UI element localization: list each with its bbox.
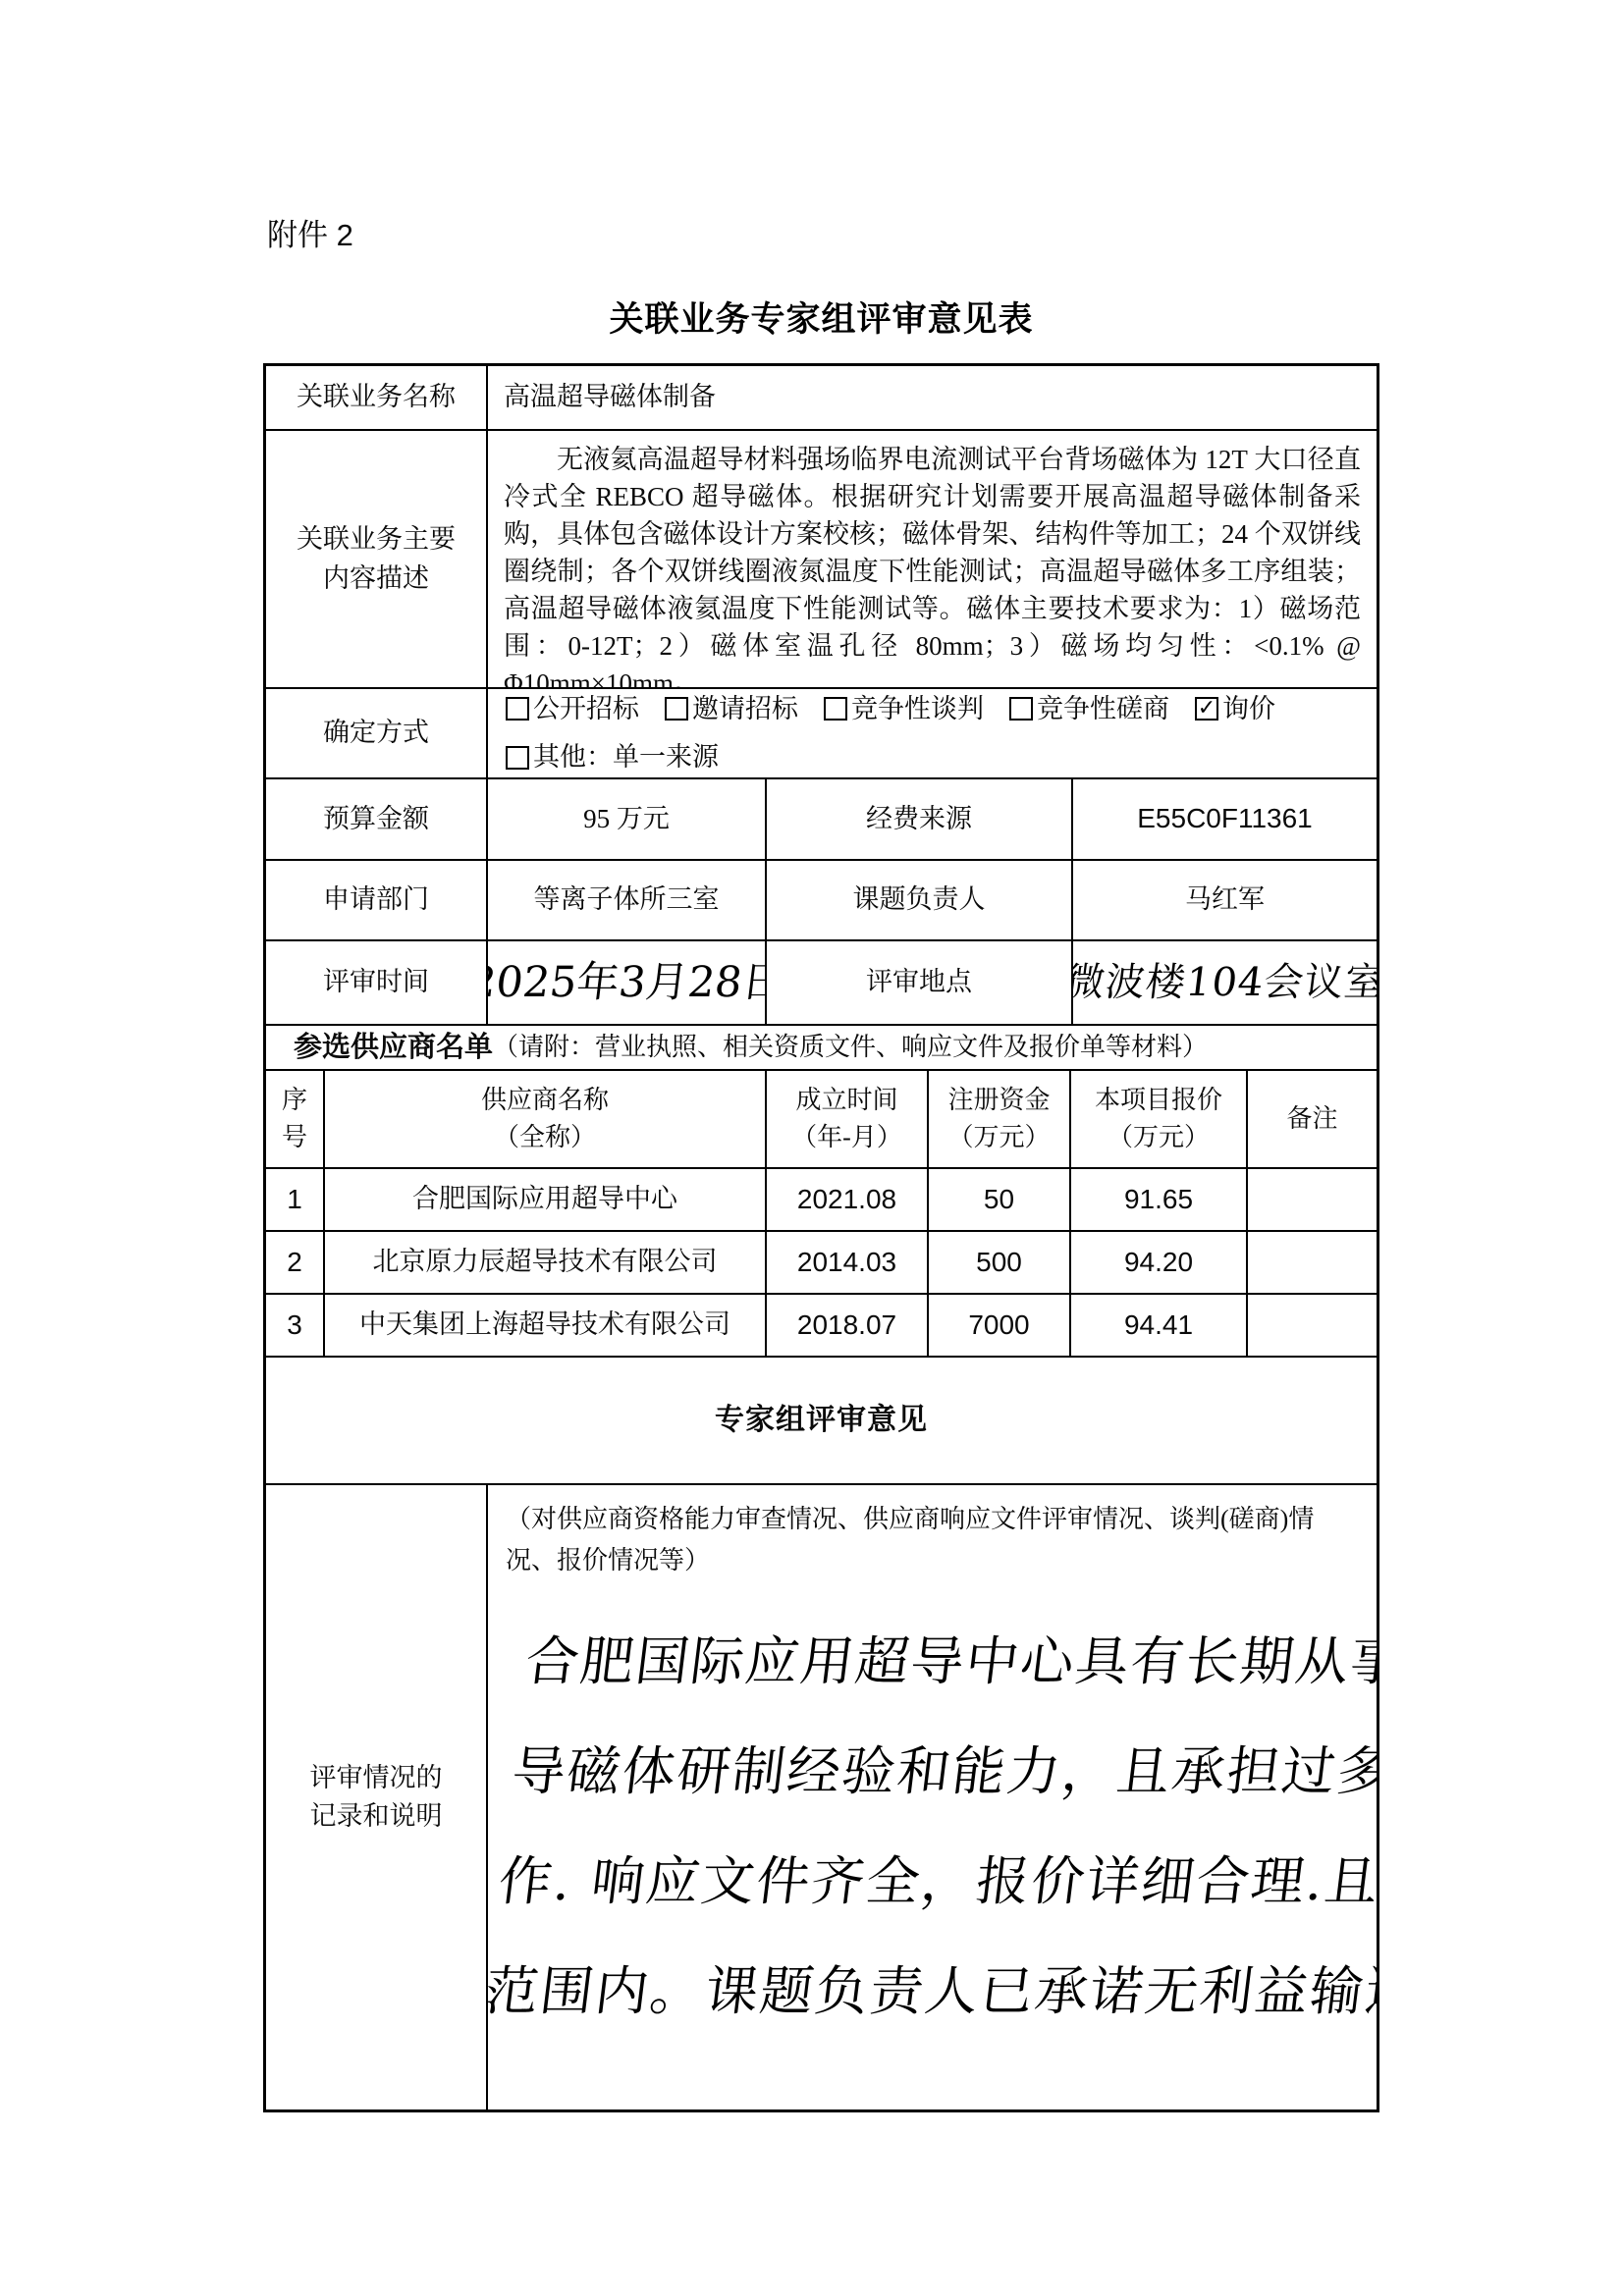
col-header-bid: 本项目报价 （万元） bbox=[1071, 1071, 1248, 1167]
method-options: 公开招标 邀请招标 竞争性谈判 竞争性磋商 bbox=[502, 689, 1369, 777]
option-other-single-source: 其他：单一来源 bbox=[506, 738, 719, 776]
supplier-1-bid: 91.65 bbox=[1071, 1169, 1248, 1230]
row-description: 关联业务主要内容描述 无液氦高温超导材料强场临界电流测试平台背场磁体为 12T … bbox=[266, 431, 1377, 689]
col-header-index: 序 号 bbox=[266, 1071, 325, 1167]
handwritten-line-2: 导磁体研制经验和能力，且承担过多项相关工 bbox=[506, 1717, 1373, 1827]
table-row-supplier-1: 1 合肥国际应用超导中心 2021.08 50 91.65 bbox=[266, 1169, 1377, 1232]
row-department: 申请部门 等离子体所三室 课题负责人 马红军 bbox=[266, 861, 1377, 941]
supplier-1-capital: 50 bbox=[929, 1169, 1071, 1230]
description-value-cell: 无液氦高温超导材料强场临界电流测试平台背场磁体为 12T 大口径直冷式全 REB… bbox=[488, 431, 1377, 687]
row-opinion-header: 专家组评审意见 bbox=[266, 1358, 1377, 1485]
supplier-3-bid: 94.41 bbox=[1071, 1295, 1248, 1356]
method-options-line-1: 公开招标 邀请招标 竞争性谈判 竞争性磋商 bbox=[506, 690, 1365, 728]
opinion-row-label: 评审情况的记录和说明 bbox=[266, 1485, 488, 2109]
supplier-2-index: 2 bbox=[266, 1232, 325, 1293]
col-header-capital: 注册资金 （万元） bbox=[929, 1071, 1071, 1167]
budget-value: 95 万元 bbox=[488, 779, 767, 859]
supplier-3-index: 3 bbox=[266, 1295, 325, 1356]
col-header-note: 备注 bbox=[1248, 1071, 1377, 1167]
handwritten-line-4: 范围内。课题负责人已承诺无利益输送。 bbox=[488, 1937, 1345, 2047]
supplier-2-note bbox=[1248, 1232, 1377, 1293]
option-invited-tender: 邀请招标 bbox=[665, 690, 798, 728]
supplier-1-note bbox=[1248, 1169, 1377, 1230]
method-options-cell: 公开招标 邀请招标 竞争性谈判 竞争性磋商 bbox=[488, 689, 1377, 777]
row-review-time: 评审时间 2025年3月28日 评审地点 微波楼104会议室 bbox=[266, 941, 1377, 1026]
suppliers-section-title: 参选供应商名单 bbox=[294, 1027, 493, 1068]
opinion-instruction: （对供应商资格能力审查情况、供应商响应文件评审情况、谈判(磋商)情况、报价情况等… bbox=[506, 1499, 1359, 1581]
opinion-header: 专家组评审意见 bbox=[266, 1358, 1377, 1483]
row-suppliers-title: 参选供应商名单 （请附：营业执照、相关资质文件、响应文件及报价单等材料） bbox=[266, 1026, 1377, 1071]
method-label: 确定方式 bbox=[266, 689, 488, 777]
supplier-1-name: 合肥国际应用超导中心 bbox=[325, 1169, 767, 1230]
col-header-founded: 成立时间 （年-月） bbox=[767, 1071, 929, 1167]
review-location-label: 评审地点 bbox=[767, 941, 1073, 1024]
option-inquiry-label: 询价 bbox=[1222, 690, 1275, 728]
funding-source-label: 经费来源 bbox=[767, 779, 1073, 859]
funding-source-value: E55C0F11361 bbox=[1073, 779, 1377, 859]
option-invited-tender-label: 邀请招标 bbox=[692, 690, 798, 728]
supplier-3-capital: 7000 bbox=[929, 1295, 1071, 1356]
option-open-tender-label: 公开招标 bbox=[533, 690, 639, 728]
option-competitive-consultation: 竞争性磋商 bbox=[1009, 690, 1169, 728]
budget-label: 预算金额 bbox=[266, 779, 488, 859]
checkbox-icon-inquiry-checked bbox=[1195, 697, 1218, 721]
checkbox-icon-open-tender bbox=[506, 697, 529, 721]
checkbox-icon-invited-tender bbox=[665, 697, 688, 721]
suppliers-section-title-cell: 参选供应商名单 （请附：营业执照、相关资质文件、响应文件及报价单等材料） bbox=[266, 1026, 1377, 1069]
col-header-supplier-name: 供应商名称 （全称） bbox=[325, 1071, 767, 1167]
option-competitive-negotiation-label: 竞争性谈判 bbox=[851, 690, 984, 728]
supplier-1-index: 1 bbox=[266, 1169, 325, 1230]
row-method: 确定方式 公开招标 邀请招标 竞争性谈判 bbox=[266, 689, 1377, 779]
handwritten-line-1: 合肥国际应用超导中心具有长期从事高温超 bbox=[519, 1607, 1377, 1717]
review-time-label: 评审时间 bbox=[266, 941, 488, 1024]
supplier-3-name: 中天集团上海超导技术有限公司 bbox=[325, 1295, 767, 1356]
description-value: 无液氦高温超导材料强场临界电流测试平台背场磁体为 12T 大口径直冷式全 REB… bbox=[504, 441, 1361, 687]
supplier-2-name: 北京原力辰超导技术有限公司 bbox=[325, 1232, 767, 1293]
supplier-2-founded: 2014.03 bbox=[767, 1232, 929, 1293]
opinion-content-cell: （对供应商资格能力审查情况、供应商响应文件评审情况、谈判(磋商)情况、报价情况等… bbox=[488, 1485, 1377, 2109]
option-competitive-consultation-label: 竞争性磋商 bbox=[1037, 690, 1169, 728]
page-title: 关联业务专家组评审意见表 bbox=[263, 293, 1379, 342]
attachment-label: 附件 2 bbox=[267, 210, 353, 254]
review-location-handwritten-value: 微波楼104会议室 bbox=[1073, 954, 1377, 1011]
review-time-value-cell: 2025年3月28日 bbox=[488, 941, 767, 1024]
handwritten-opinion: 合肥国际应用超导中心具有长期从事高温超 导磁体研制经验和能力，且承担过多项相关工… bbox=[488, 1607, 1377, 2047]
option-open-tender: 公开招标 bbox=[506, 690, 639, 728]
supplier-2-capital: 500 bbox=[929, 1232, 1071, 1293]
supplier-1-founded: 2021.08 bbox=[767, 1169, 929, 1230]
row-suppliers-header: 序 号 供应商名称 （全称） 成立时间 （年-月） 注册资金 （万元） 本项目报… bbox=[266, 1071, 1377, 1169]
option-other-label: 其他：单一来源 bbox=[533, 738, 719, 776]
supplier-3-note bbox=[1248, 1295, 1377, 1356]
supplier-3-founded: 2018.07 bbox=[767, 1295, 929, 1356]
department-value: 等离子体所三室 bbox=[488, 861, 767, 939]
table-row-supplier-3: 3 中天集团上海超导技术有限公司 2018.07 7000 94.41 bbox=[266, 1295, 1377, 1358]
business-name-label: 关联业务名称 bbox=[266, 366, 488, 429]
option-inquiry: 询价 bbox=[1195, 690, 1275, 728]
method-options-line-2: 其他：单一来源 bbox=[506, 738, 1365, 776]
row-business-name: 关联业务名称 高温超导磁体制备 bbox=[266, 366, 1377, 431]
row-budget: 预算金额 95 万元 经费来源 E55C0F11361 bbox=[266, 779, 1377, 861]
review-form-table: 关联业务名称 高温超导磁体制备 关联业务主要内容描述 无液氦高温超导材料强场临界… bbox=[263, 363, 1379, 2112]
project-leader-label: 课题负责人 bbox=[767, 861, 1073, 939]
checkbox-icon-competitive-consultation bbox=[1009, 697, 1033, 721]
project-leader-value: 马红军 bbox=[1073, 861, 1377, 939]
description-label: 关联业务主要内容描述 bbox=[266, 431, 488, 687]
checkbox-icon-competitive-negotiation bbox=[824, 697, 847, 721]
option-competitive-negotiation: 竞争性谈判 bbox=[824, 690, 984, 728]
department-label: 申请部门 bbox=[266, 861, 488, 939]
scanned-document-page: 附件 2 关联业务专家组评审意见表 关联业务名称 高温超导磁体制备 关联业务主要… bbox=[0, 0, 1621, 2296]
checkbox-icon-other bbox=[506, 746, 529, 770]
business-name-value: 高温超导磁体制备 bbox=[488, 366, 1377, 429]
review-time-handwritten-value: 2025年3月28日 bbox=[488, 952, 767, 1013]
handwritten-line-3: 作. 响应文件齐全，报价详细合理.且在预算 bbox=[492, 1827, 1359, 1937]
row-opinion-body: 评审情况的记录和说明 （对供应商资格能力审查情况、供应商响应文件评审情况、谈判(… bbox=[266, 1485, 1377, 2109]
suppliers-section-note: （请附：营业执照、相关资质文件、响应文件及报价单等材料） bbox=[493, 1029, 1208, 1066]
supplier-2-bid: 94.20 bbox=[1071, 1232, 1248, 1293]
review-location-value-cell: 微波楼104会议室 bbox=[1073, 941, 1377, 1024]
table-row-supplier-2: 2 北京原力辰超导技术有限公司 2014.03 500 94.20 bbox=[266, 1232, 1377, 1295]
